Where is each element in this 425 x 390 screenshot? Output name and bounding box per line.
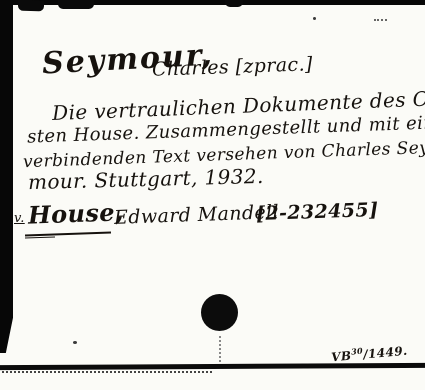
annotation-part-1: VB	[331, 349, 352, 365]
card-bottom-edge-dots	[2, 371, 212, 373]
scan-speck	[374, 19, 387, 21]
scanned-catalog-card: Seymour, Charles [zprac.] Die vertraulic…	[0, 0, 425, 390]
scan-border-left	[0, 0, 13, 353]
scan-artifact	[225, 0, 243, 7]
scan-speck	[73, 341, 77, 344]
punch-hole-dotted-mark	[219, 336, 221, 362]
cross-reference-prefix: v.	[14, 211, 25, 226]
scan-artifact	[58, 0, 94, 9]
cross-reference-name: House,	[28, 197, 125, 229]
scan-speck	[313, 17, 316, 20]
scan-artifact	[18, 0, 44, 11]
cross-reference-shelfmark: [2-232455]	[256, 199, 379, 225]
punch-hole	[201, 294, 238, 331]
